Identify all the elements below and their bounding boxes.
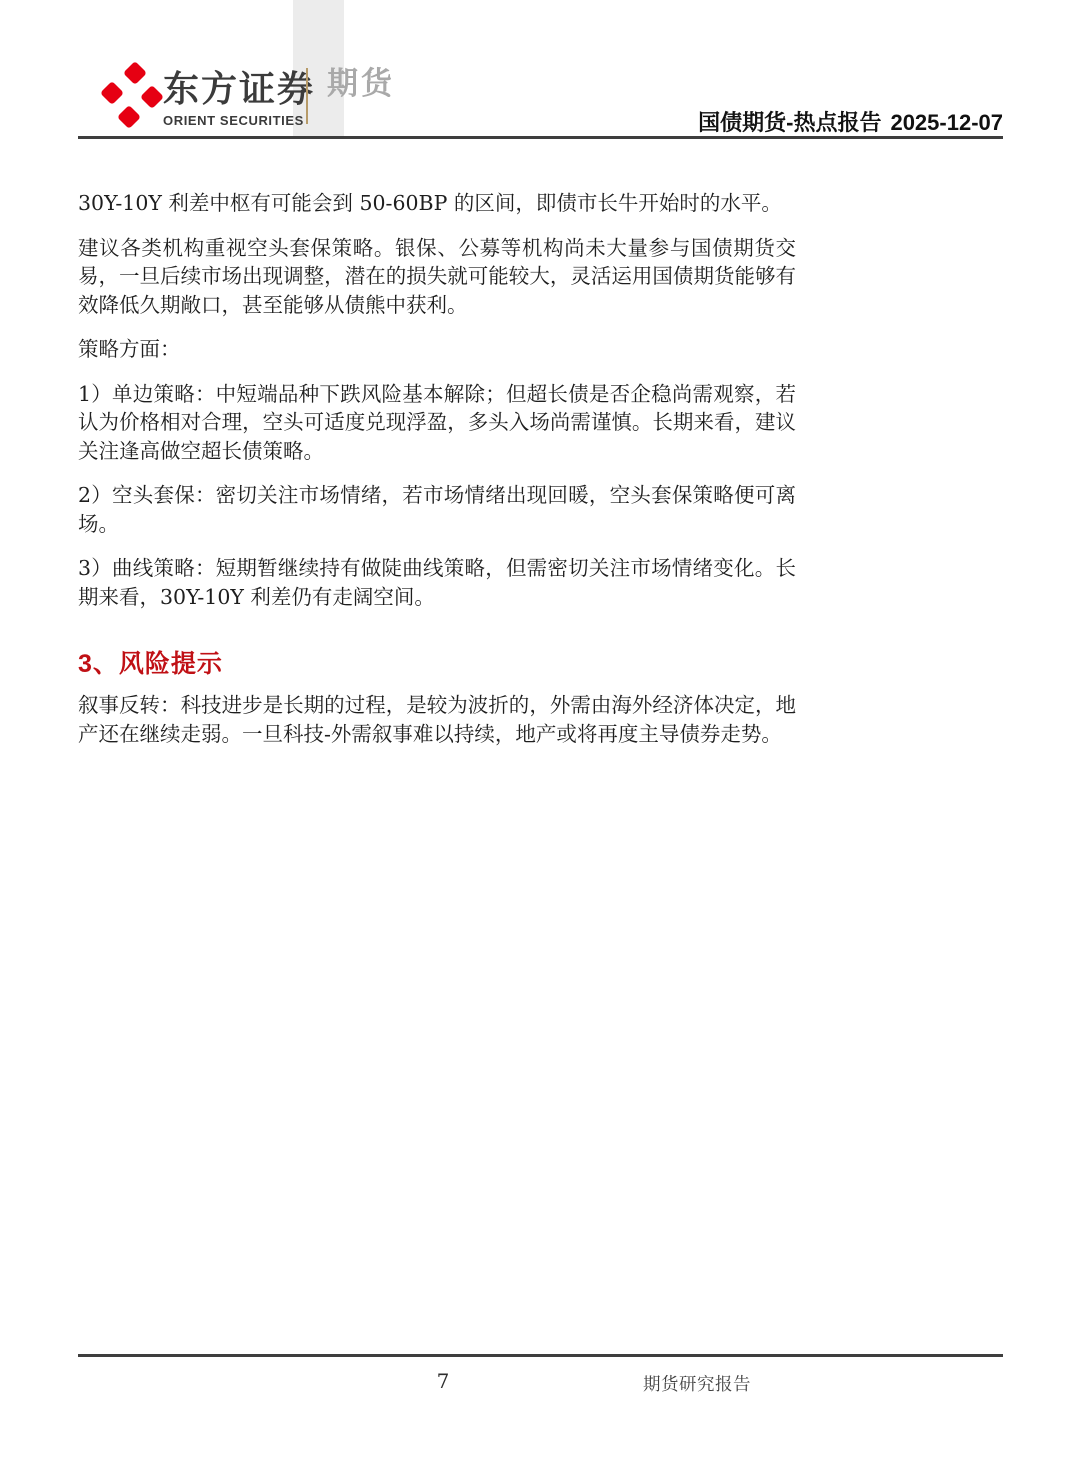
brand-divider [306, 68, 308, 124]
paragraph-strategy-2: 2）空头套保：密切关注市场情绪，若市场情绪出现回暖，空头套保策略便可离场。 [78, 481, 796, 538]
brand-block: 东方证券 ORIENT SECURITIES [163, 70, 315, 128]
report-meta: 国债期货-热点报告2025-12-07 [698, 106, 1003, 137]
section-heading-risk: 3、风险提示 [78, 649, 796, 679]
paragraph-strategy-3: 3）曲线策略：短期暂继续持有做陡曲线策略，但需密切关注市场情绪变化。长期来看，3… [78, 554, 796, 611]
report-date: 2025-12-07 [890, 110, 1003, 135]
footer-report-type: 期货研究报告 [643, 1371, 751, 1396]
orient-securities-logo-icon [99, 57, 165, 131]
report-body: 30Y-10Y 利差中枢有可能会到 50-60BP 的区间，即债市长牛开始时的水… [78, 189, 796, 764]
footer-rule [78, 1354, 1003, 1357]
paragraph-strategy-intro: 策略方面： [78, 335, 796, 364]
brand-name-cn: 东方证券 [163, 70, 315, 108]
paragraph-hedge-advice: 建议各类机构重视空头套保策略。银保、公募等机构尚未大量参与国债期货交易，一旦后续… [78, 234, 796, 320]
report-page: 东方证券 ORIENT SECURITIES 期货 国债期货-热点报告2025-… [0, 0, 1080, 1465]
brand-name-en: ORIENT SECURITIES [163, 113, 315, 128]
paragraph-spread-center: 30Y-10Y 利差中枢有可能会到 50-60BP 的区间，即债市长牛开始时的水… [78, 189, 796, 218]
page-number: 7 [430, 1369, 456, 1393]
division-label: 期货 [327, 67, 395, 101]
paragraph-strategy-1: 1）单边策略：中短端品种下跌风险基本解除；但超长债是否企稳尚需观察，若认为价格相… [78, 380, 796, 466]
header-rule [78, 136, 1003, 139]
report-title: 国债期货-热点报告 [698, 110, 881, 135]
paragraph-risk: 叙事反转：科技进步是长期的过程，是较为波折的，外需由海外经济体决定，地产还在继续… [78, 691, 796, 748]
